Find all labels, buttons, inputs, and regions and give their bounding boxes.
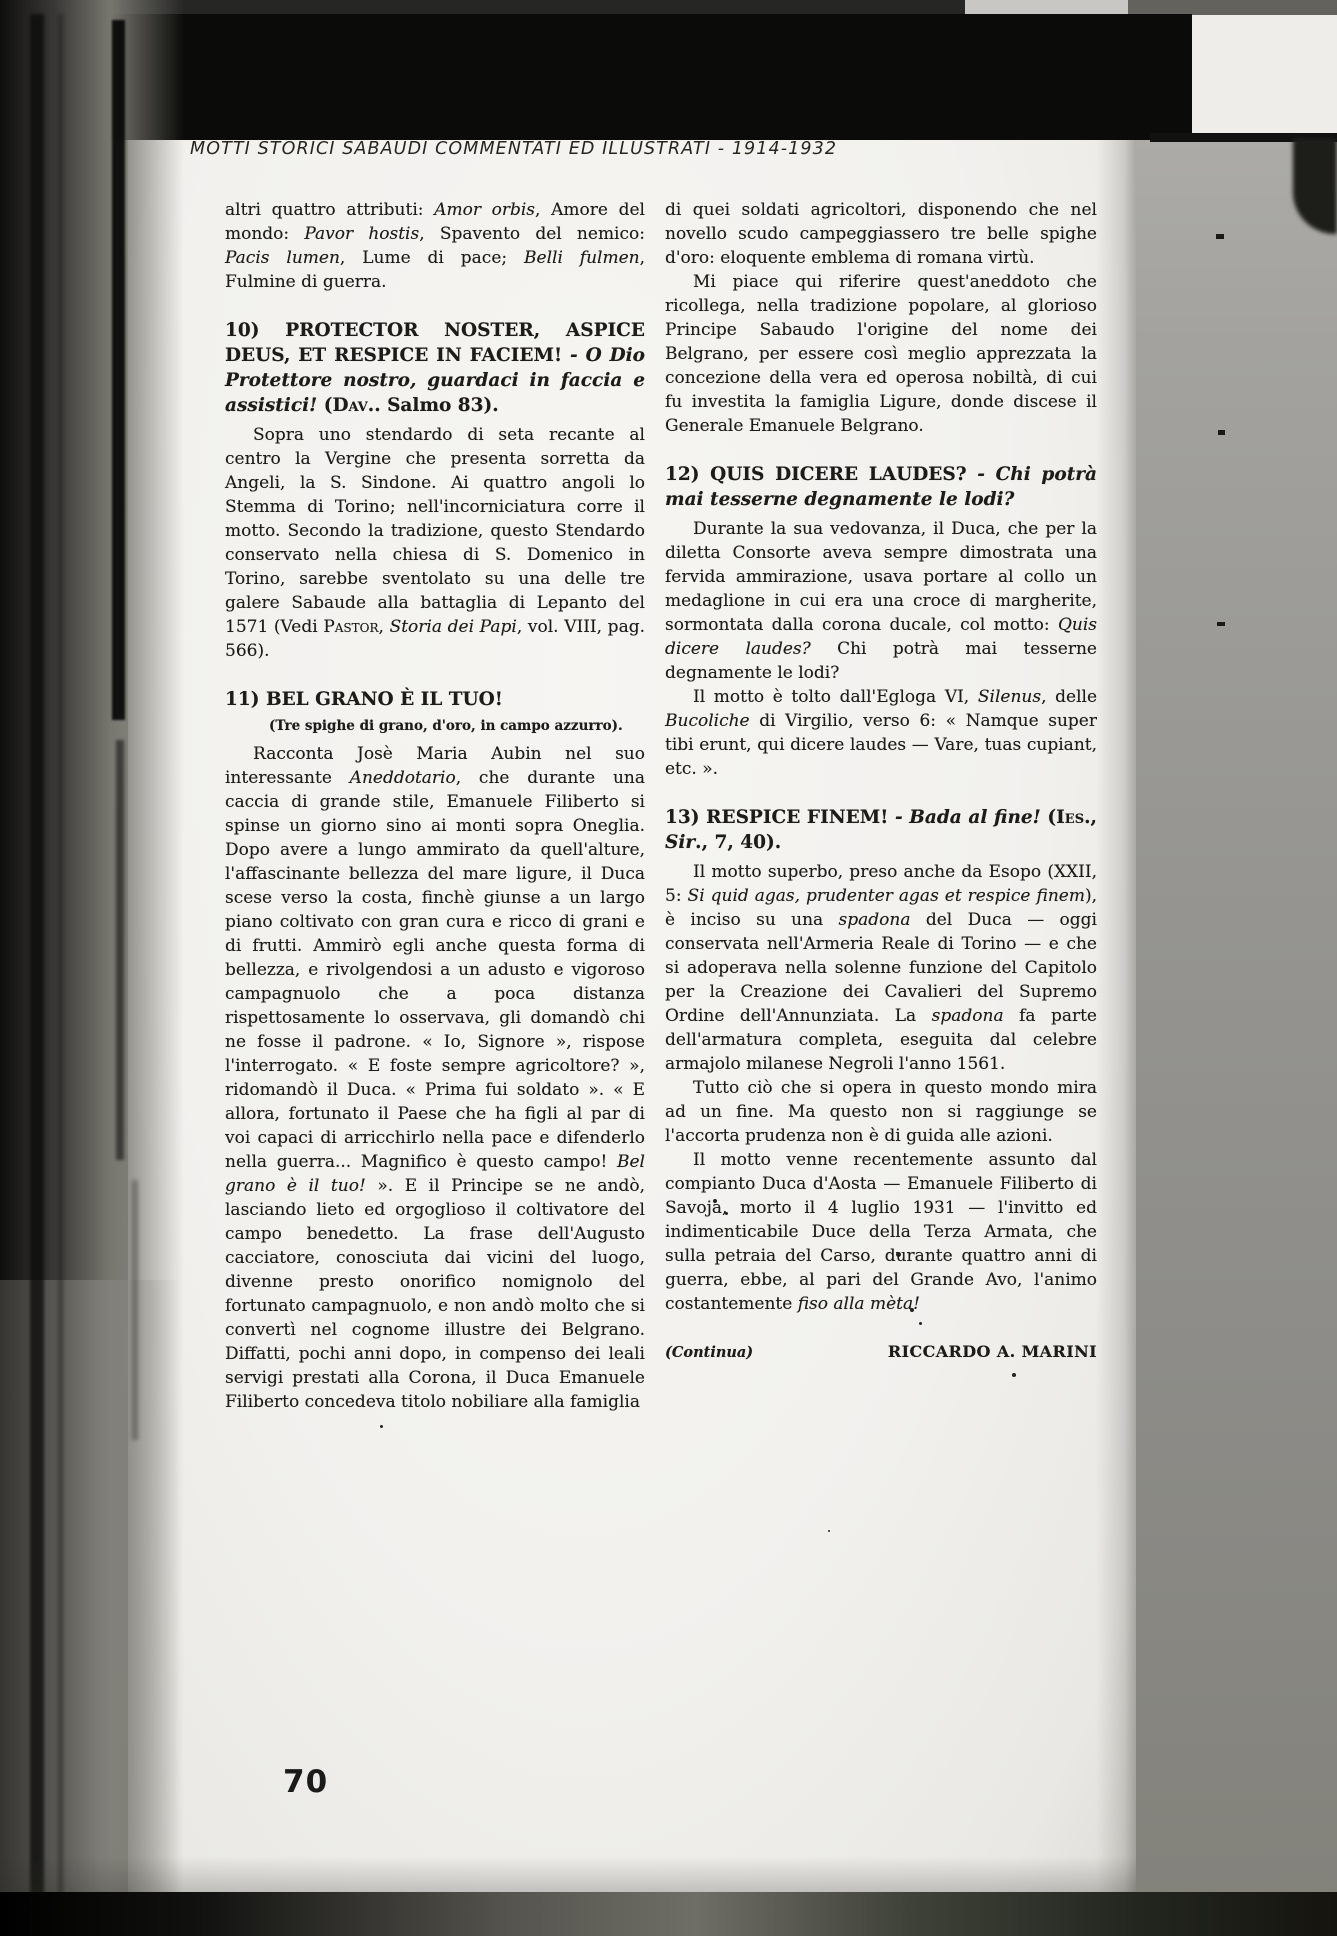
paragraph: Mi piace qui riferire quest'aneddoto che… [665,270,1097,438]
page-bottom-shadow [0,1856,1136,1896]
top-scan-strip-dark [1128,0,1337,15]
continua-note: (Continua) [665,1341,753,1365]
page-edge-shadow [1096,6,1136,1896]
signature-row: (Continua)RICCARDO A. MARINI [665,1340,1097,1365]
gutter-streak [30,14,44,1894]
paragraph: altri quattro attributi: Amor orbis, Amo… [225,198,645,294]
column-right: di quei soldati agricoltori, disponendo … [665,198,1097,1414]
ink-speck [910,1308,914,1312]
paragraph: di quei soldati agricoltori, disponendo … [665,198,1097,270]
top-corner-shadow [1293,138,1337,234]
paragraph: Tutto ciò che si opera in questo mondo m… [665,1076,1097,1148]
paragraph: Il motto venne recentemente assunto dal … [665,1148,1097,1316]
scanned-page: MOTTI STORICI SABAUDI COMMENTATI ED ILLU… [0,0,1337,1936]
ink-speck [919,1322,922,1325]
page-number: 70 [283,1764,328,1800]
ink-speck [380,1425,383,1428]
scan-edge-mark [1217,622,1225,626]
gutter-streak [132,1180,138,1440]
paragraph: Sopra uno stendardo di seta recante al c… [225,423,645,663]
ink-speck [1012,1373,1016,1377]
paragraph: Racconta Josè Maria Aubin nel suo intere… [225,742,645,1414]
section-heading: 12) QUIS DICERE LAUDES? - Chi potrà mai … [665,462,1097,512]
bottom-scan-band [0,1892,1337,1936]
section-heading: 10) PROTECTOR NOSTER, ASPICE DEUS, ET RE… [225,318,645,418]
column-left: altri quattro attributi: Amor orbis, Amo… [225,198,645,1414]
gutter-streak [58,14,63,1894]
text-columns: altri quattro attributi: Amor orbis, Amo… [225,198,1097,1414]
section-heading: 13) RESPICE FINEM! - Bada al fine! (Ies.… [665,805,1097,855]
gutter-streak [112,20,125,720]
author-name: RICCARDO A. MARINI [888,1340,1097,1364]
paragraph: Il motto superbo, preso anche da Esopo (… [665,860,1097,1076]
paper: MOTTI STORICI SABAUDI COMMENTATI ED ILLU… [128,6,1136,1896]
ink-speck [725,1212,728,1215]
scan-edge-mark [1218,430,1225,435]
paragraph: Il motto è tolto dall'Egloga VI, Silenus… [665,685,1097,781]
heading-caption: (Tre spighe di grano, d'oro, in campo az… [269,717,645,735]
page-header: MOTTI STORICI SABAUDI COMMENTATI ED ILLU… [190,139,950,159]
ink-speck [896,1252,901,1257]
gutter-streak [116,740,124,1160]
top-right-paper-sliver [1190,15,1337,133]
paragraph: Durante la sua vedovanza, il Duca, che p… [665,517,1097,685]
scan-edge-mark [1216,234,1224,239]
ink-speck [828,1530,830,1532]
section-heading: 11) BEL GRANO È IL TUO! [225,687,645,712]
ink-speck [713,1199,717,1203]
